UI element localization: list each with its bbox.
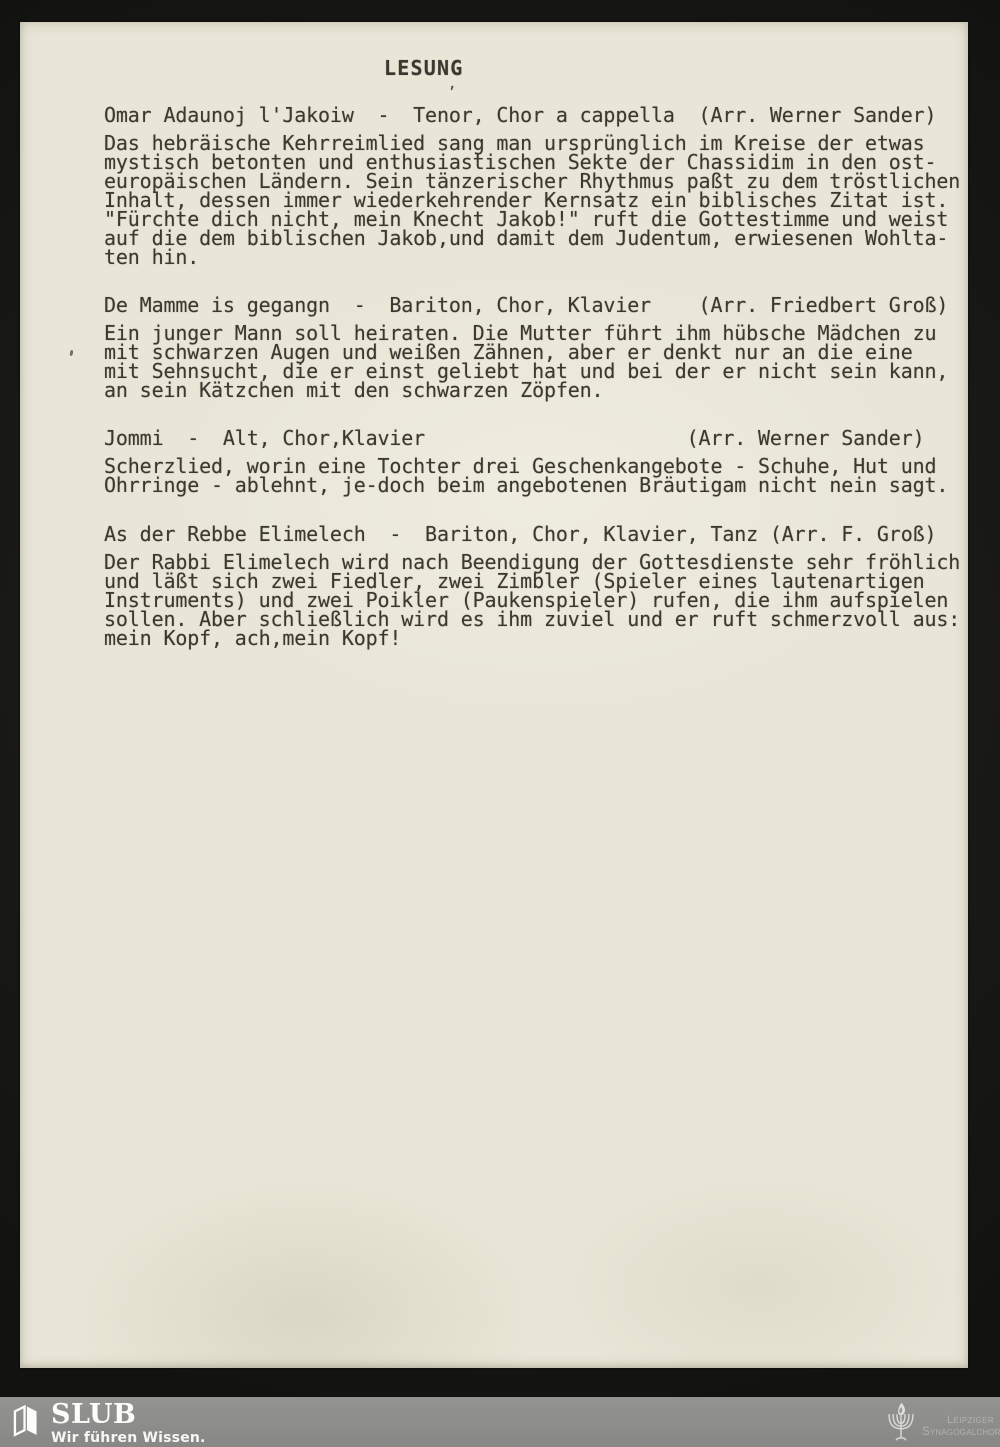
slub-tagline: Wir führen Wissen.	[51, 1431, 206, 1445]
piece-description: Scherzlied, worin eine Tochter drei Gesc…	[104, 457, 976, 495]
choir-name-line1: Leipziger	[922, 1415, 994, 1426]
section-rebbe-elimelech: As der Rebbe Elimelech - Bariton, Chor, …	[104, 525, 976, 648]
piece-description: Das hebräische Kehrreimlied sang man urs…	[104, 134, 976, 267]
choir-name-line2: Synagogalchor	[922, 1426, 994, 1439]
slub-wordmark: SLUB	[51, 1401, 206, 1428]
piece-heading: As der Rebbe Elimelech - Bariton, Chor, …	[104, 525, 976, 544]
piece-description: Ein junger Mann soll heiraten. Die Mutte…	[104, 324, 976, 400]
menorah-icon	[884, 1399, 918, 1444]
scanned-page: LESUNG , Omar Adaunoj l'Jakoiw - Tenor, …	[20, 22, 968, 1368]
choir-text-block: Leipziger Synagogalchor	[922, 1405, 994, 1439]
piece-heading: Omar Adaunoj l'Jakoiw - Tenor, Chor a ca…	[104, 106, 976, 125]
open-book-icon	[13, 1404, 38, 1437]
piece-description: Der Rabbi Elimelech wird nach Beendigung…	[104, 553, 976, 648]
section-de-mamme: De Mamme is gegangn - Bariton, Chor, Kla…	[104, 296, 976, 400]
typed-comma-artifact: ,	[448, 75, 456, 94]
section-jommi: Jommi - Alt, Chor,Klavier (Arr. Werner S…	[104, 429, 976, 495]
scan-viewer-background: LESUNG , Omar Adaunoj l'Jakoiw - Tenor, …	[0, 0, 1000, 1447]
synagogalchor-logo: Leipziger Synagogalchor	[884, 1399, 994, 1444]
piece-heading: Jommi - Alt, Chor,Klavier (Arr. Werner S…	[104, 429, 976, 448]
slub-text-block: SLUB Wir führen Wissen.	[51, 1401, 206, 1445]
branding-bar: SLUB Wir führen Wissen.	[0, 1397, 1000, 1447]
ink-speck	[69, 350, 73, 357]
slub-logo: SLUB Wir führen Wissen.	[13, 1401, 206, 1445]
piece-heading: De Mamme is gegangn - Bariton, Chor, Kla…	[104, 296, 976, 315]
section-omar-adaunoj: Omar Adaunoj l'Jakoiw - Tenor, Chor a ca…	[104, 106, 976, 267]
